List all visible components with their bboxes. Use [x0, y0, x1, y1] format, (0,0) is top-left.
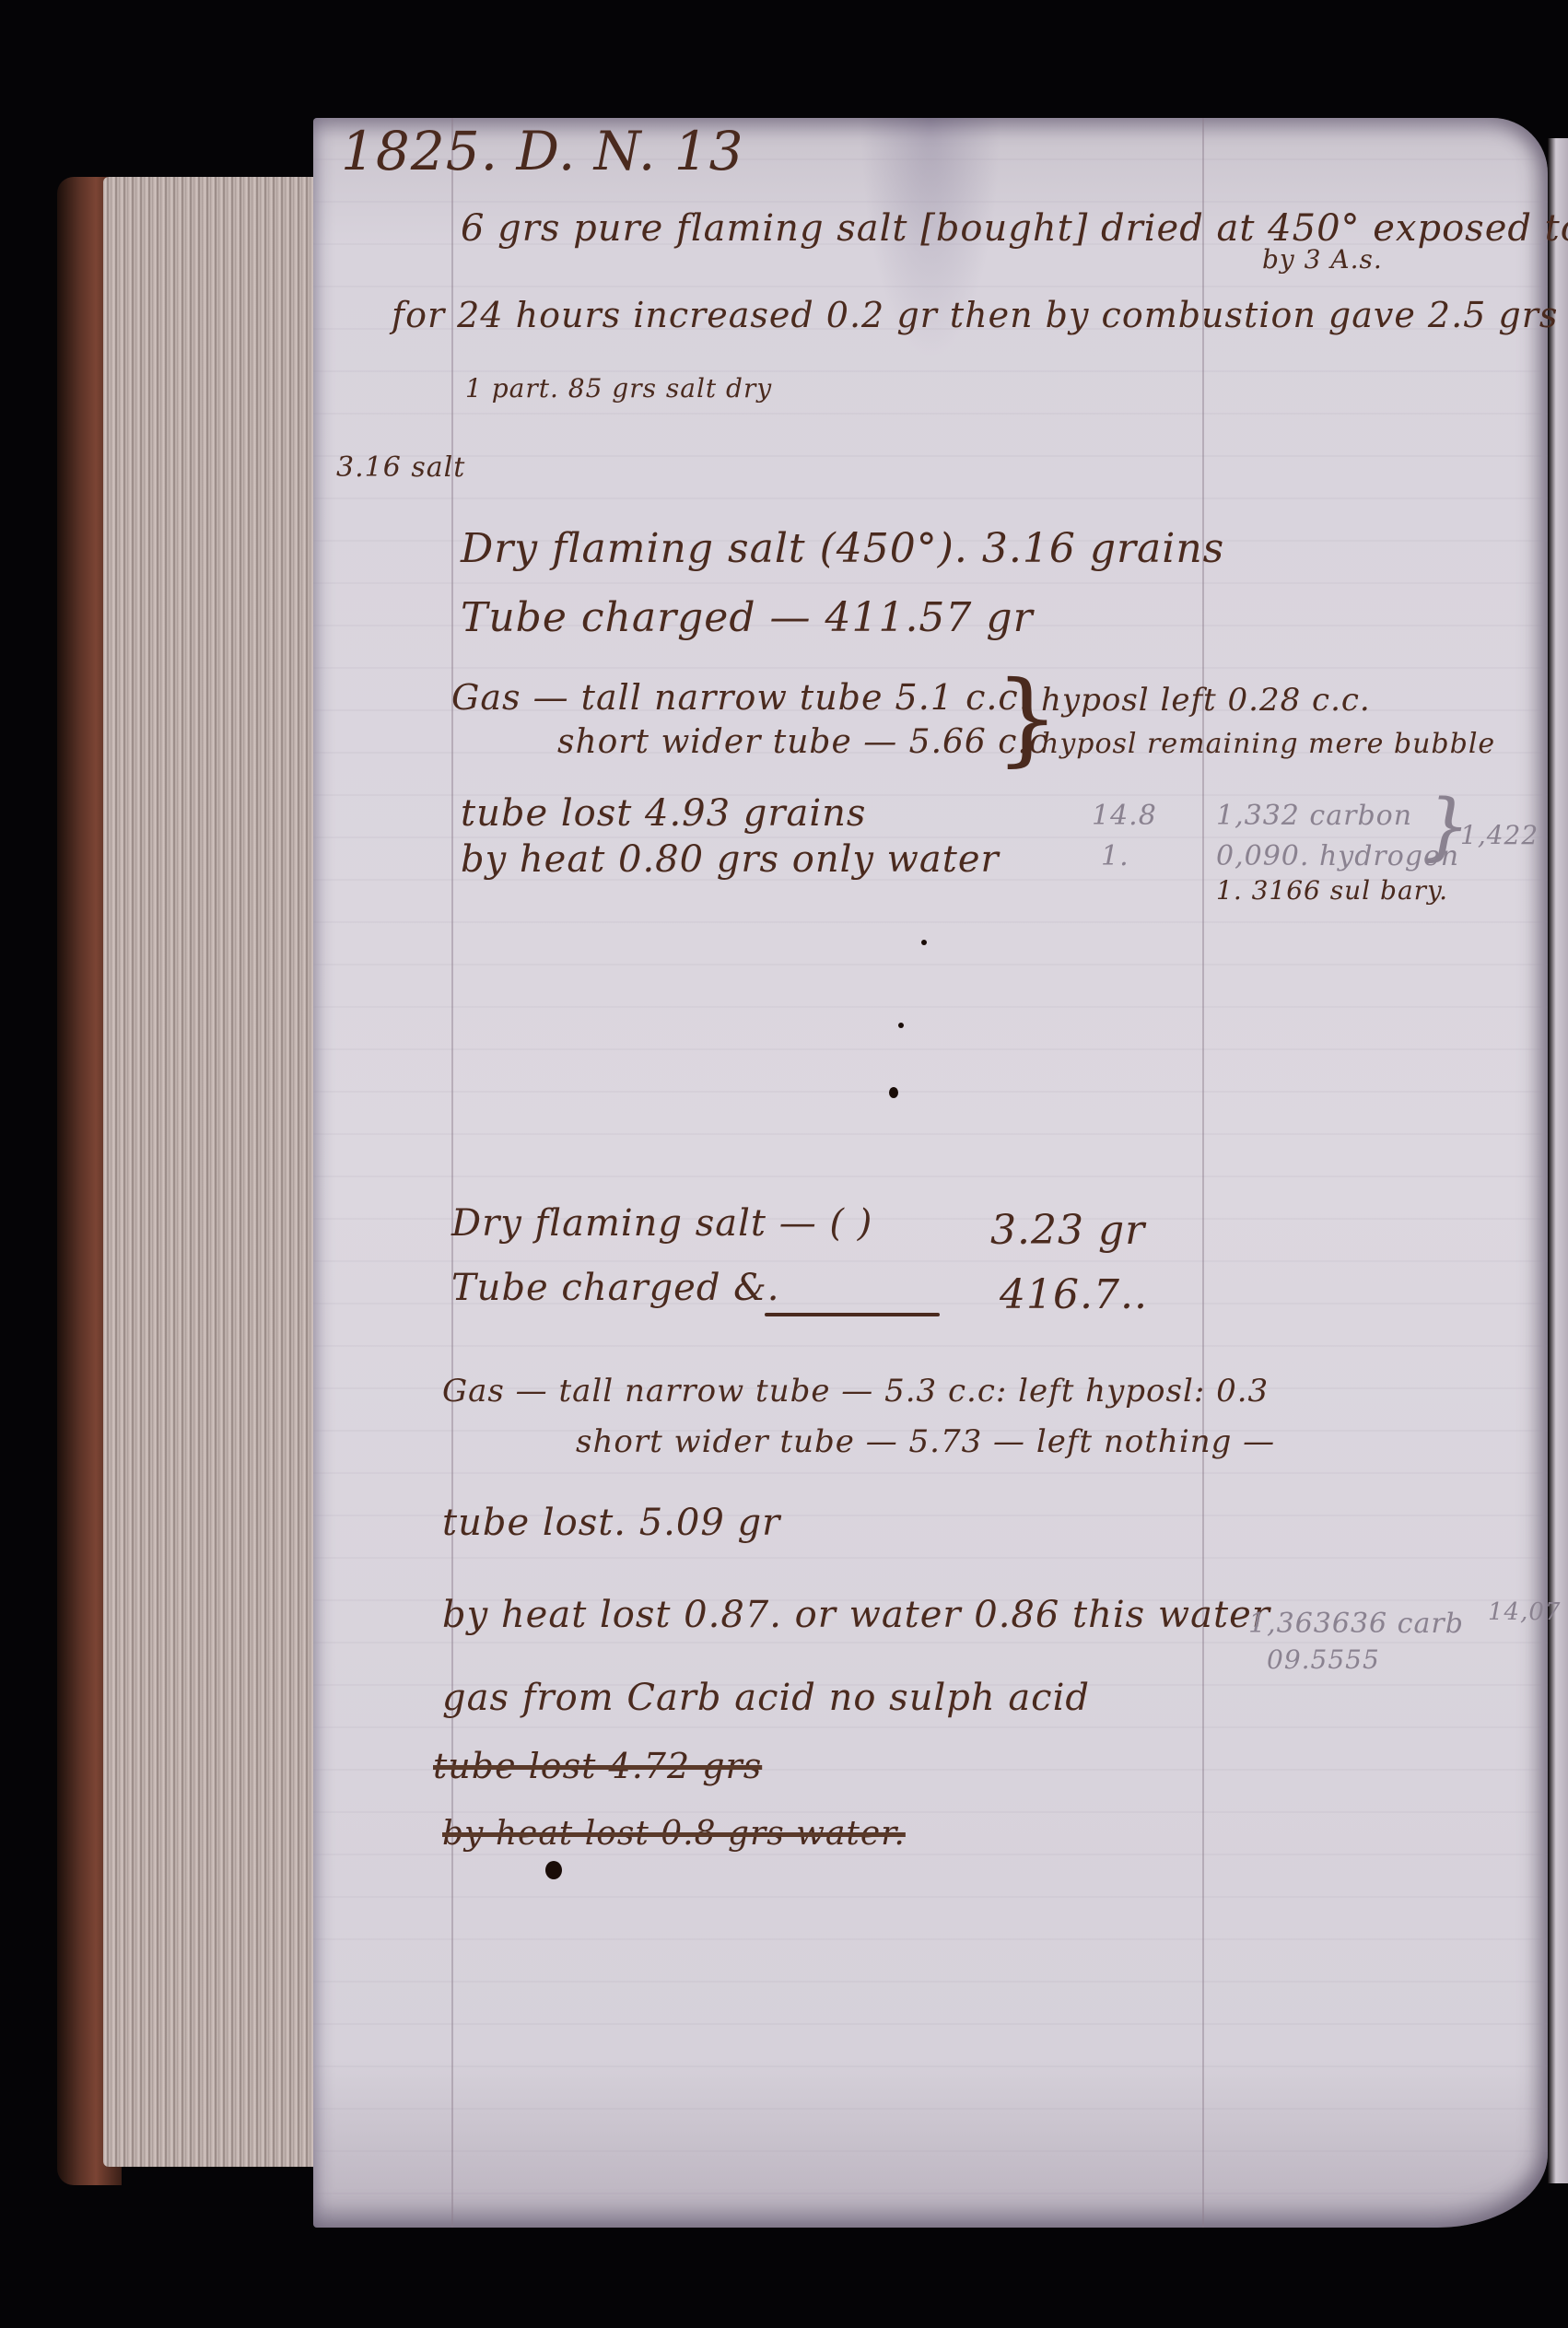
entry-line: Tube charged &.: [451, 1267, 779, 1309]
entry-line: gas from Carb acid no sulph acid: [442, 1677, 1090, 1719]
entry-line: tube lost. 5.09 gr: [442, 1502, 780, 1544]
calc-row: 1,332 carbon: [1216, 800, 1412, 832]
calc-ratio: 14.8: [1092, 800, 1157, 832]
calc-total: 1,422: [1460, 820, 1539, 850]
calc-row: 1. 3166 sul bary.: [1216, 875, 1448, 906]
entry-note: hyposl left 0.28 c.c.: [1041, 682, 1371, 719]
entry-line: Gas — tall narrow tube — 5.3 c.c: left h…: [442, 1373, 1269, 1410]
entry-line: Gas — tall narrow tube 5.1 c.c.: [451, 677, 1031, 718]
struck-entry: by heat lost 0.8 grs water.: [442, 1815, 906, 1853]
entry-line: by heat 0.80 grs only water: [461, 838, 1000, 881]
entry-line: for 24 hours increased 0.2 gr then by co…: [392, 295, 1568, 335]
struck-entry: tube lost 4.72 grs: [433, 1746, 762, 1786]
left-margin-rule: [451, 118, 453, 2228]
entry-line: short wider tube — 5.73 — left nothing —: [576, 1423, 1275, 1460]
calc-ratio: 1.: [1101, 840, 1129, 872]
notebook-page: [313, 118, 1548, 2228]
entry-value: 416.7..: [1000, 1271, 1148, 1318]
right-column-rule: [1202, 118, 1204, 2228]
entry-line: Dry flaming salt (450°). 3.16 grains: [461, 525, 1224, 572]
ruled-lines: [313, 118, 1548, 2228]
entry-line: tube lost 4.93 grains: [461, 792, 866, 835]
calc-row: 09.5555: [1267, 1644, 1380, 1675]
entry-line: by heat lost 0.87. or water 0.86 this wa…: [442, 1594, 1270, 1636]
dash-rule: [765, 1313, 940, 1316]
next-page-edge: [1548, 138, 1568, 2183]
entry-note: hyposl remaining mere bubble: [1041, 728, 1495, 760]
page-header: 1825. D. N. 13: [341, 120, 744, 182]
calc-row: 1,363636 carb: [1248, 1608, 1464, 1640]
entry-line: 1 part. 85 grs salt dry: [465, 373, 772, 404]
ink-blot: [545, 1861, 562, 1879]
entry-line: Tube charged — 411.57 gr: [461, 594, 1034, 641]
ink-spot: [921, 940, 927, 945]
entry-line: Dry flaming salt — ( ): [451, 1202, 872, 1245]
ink-spot: [898, 1023, 904, 1028]
margin-note: 3.16 salt: [336, 451, 465, 484]
entry-line: 6 grs pure flaming salt [bought] dried a…: [461, 207, 1568, 250]
entry-line: short wider tube — 5.66 c.c: [557, 723, 1048, 761]
entry-value: 3.23 gr: [990, 1207, 1145, 1254]
calc-side: 14,07: [1488, 1598, 1561, 1626]
entry-insert: by 3 A.s.: [1262, 244, 1383, 275]
ink-spot: [889, 1087, 898, 1098]
book-page-stack: [103, 177, 324, 2167]
